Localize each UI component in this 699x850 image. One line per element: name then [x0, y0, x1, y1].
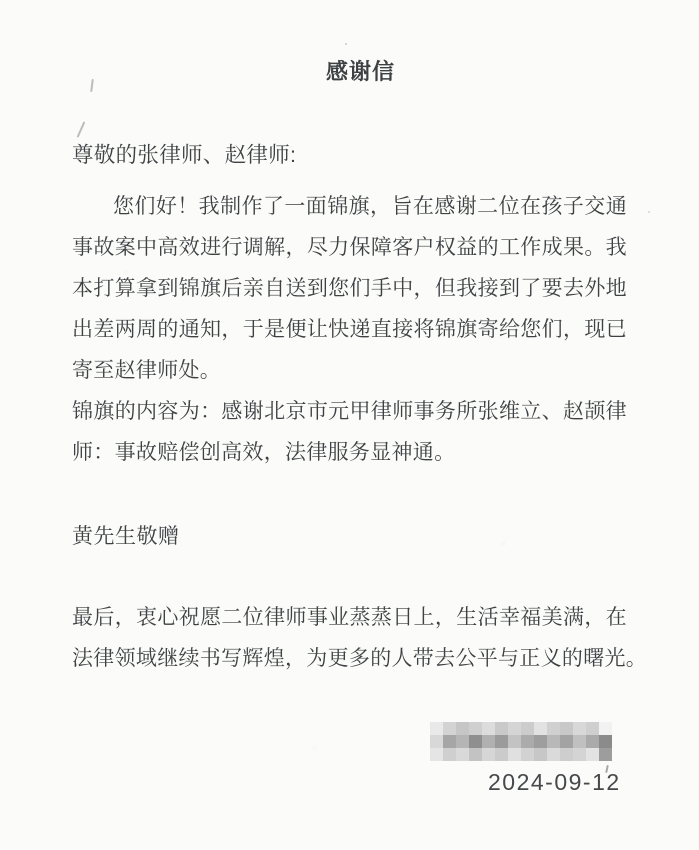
signer-line: 黄先生敬赠 [72, 523, 180, 550]
mosaic-cell [573, 735, 586, 748]
mosaic-cell [521, 748, 534, 761]
mosaic-cell [495, 722, 508, 735]
letter-line: 法律领域继续书写辉煌，为更多的人带去公平与正义的曙光。 [72, 638, 627, 679]
mosaic-cell [599, 735, 612, 748]
mosaic-cell [521, 735, 534, 748]
mosaic-cell [430, 748, 443, 761]
closing-paragraph: 最后，衷心祝愿二位律师事业蒸蒸日上，生活幸福美满，在法律领域继续书写辉煌，为更多… [72, 597, 627, 679]
letter-line: 您们好！我制作了一面锦旗，旨在感谢二位在孩子交通 [72, 186, 627, 227]
mosaic-cell [521, 722, 534, 735]
mosaic-cell [443, 722, 456, 735]
mosaic-cell [495, 735, 508, 748]
letter-line: 本打算拿到锦旗后亲自送到您们手中，但我接到了要去外地 [72, 268, 627, 309]
mosaic-cell [443, 735, 456, 748]
scan-speck [345, 43, 347, 45]
mosaic-cell [586, 735, 599, 748]
mosaic-cell [482, 748, 495, 761]
salutation: 尊敬的张律师、赵律师: [72, 142, 296, 170]
mosaic-cell [560, 748, 573, 761]
mosaic-cell [547, 748, 560, 761]
mosaic-cell [560, 735, 573, 748]
mosaic-cell [599, 748, 612, 761]
letter-line: 师：事故赔偿创高效，法律服务显神通。 [72, 432, 627, 473]
scan-speck [648, 211, 650, 213]
letter-page: 感谢信 尊敬的张律师、赵律师: 您们好！我制作了一面锦旗，旨在感谢二位在孩子交通… [0, 0, 699, 850]
mosaic-cell [586, 748, 599, 761]
mosaic-cell [599, 722, 612, 735]
letter-line: 出差两周的通知，于是便让快递直接将锦旗寄给您们，现已 [72, 309, 627, 350]
mosaic-cell [456, 722, 469, 735]
mosaic-cell [495, 748, 508, 761]
letter-date: 2024-09-12 [488, 769, 621, 797]
mosaic-cell [430, 722, 443, 735]
redacted-signature-mosaic [430, 722, 612, 761]
letter-body: 您们好！我制作了一面锦旗，旨在感谢二位在孩子交通事故案中高效进行调解，尽力保障客… [72, 186, 627, 473]
mosaic-cell [547, 722, 560, 735]
mosaic-cell [573, 722, 586, 735]
scan-speck [536, 210, 538, 212]
letter-line: 锦旗的内容为：感谢北京市元甲律师事务所张维立、赵颉律 [72, 391, 627, 432]
scan-speck [77, 121, 86, 137]
mosaic-cell [469, 722, 482, 735]
mosaic-cell [456, 748, 469, 761]
mosaic-cell [430, 735, 443, 748]
mosaic-cell [456, 735, 469, 748]
letter-line: 事故案中高效进行调解，尽力保障客户权益的工作成果。我 [72, 227, 627, 268]
mosaic-cell [560, 722, 573, 735]
scan-speck [90, 79, 94, 92]
letter-line: 最后，衷心祝愿二位律师事业蒸蒸日上，生活幸福美满，在 [72, 597, 627, 638]
mosaic-cell [534, 748, 547, 761]
mosaic-cell [508, 748, 521, 761]
mosaic-cell [469, 748, 482, 761]
mosaic-cell [482, 722, 495, 735]
letter-title: 感谢信 [11, 59, 699, 85]
mosaic-cell [534, 735, 547, 748]
mosaic-cell [508, 722, 521, 735]
mosaic-cell [482, 735, 495, 748]
mosaic-cell [586, 722, 599, 735]
mosaic-cell [534, 722, 547, 735]
mosaic-cell [443, 748, 456, 761]
letter-line: 寄至赵律师处。 [72, 350, 627, 391]
mosaic-cell [469, 735, 482, 748]
mosaic-cell [547, 735, 560, 748]
mosaic-cell [573, 748, 586, 761]
mosaic-cell [508, 735, 521, 748]
